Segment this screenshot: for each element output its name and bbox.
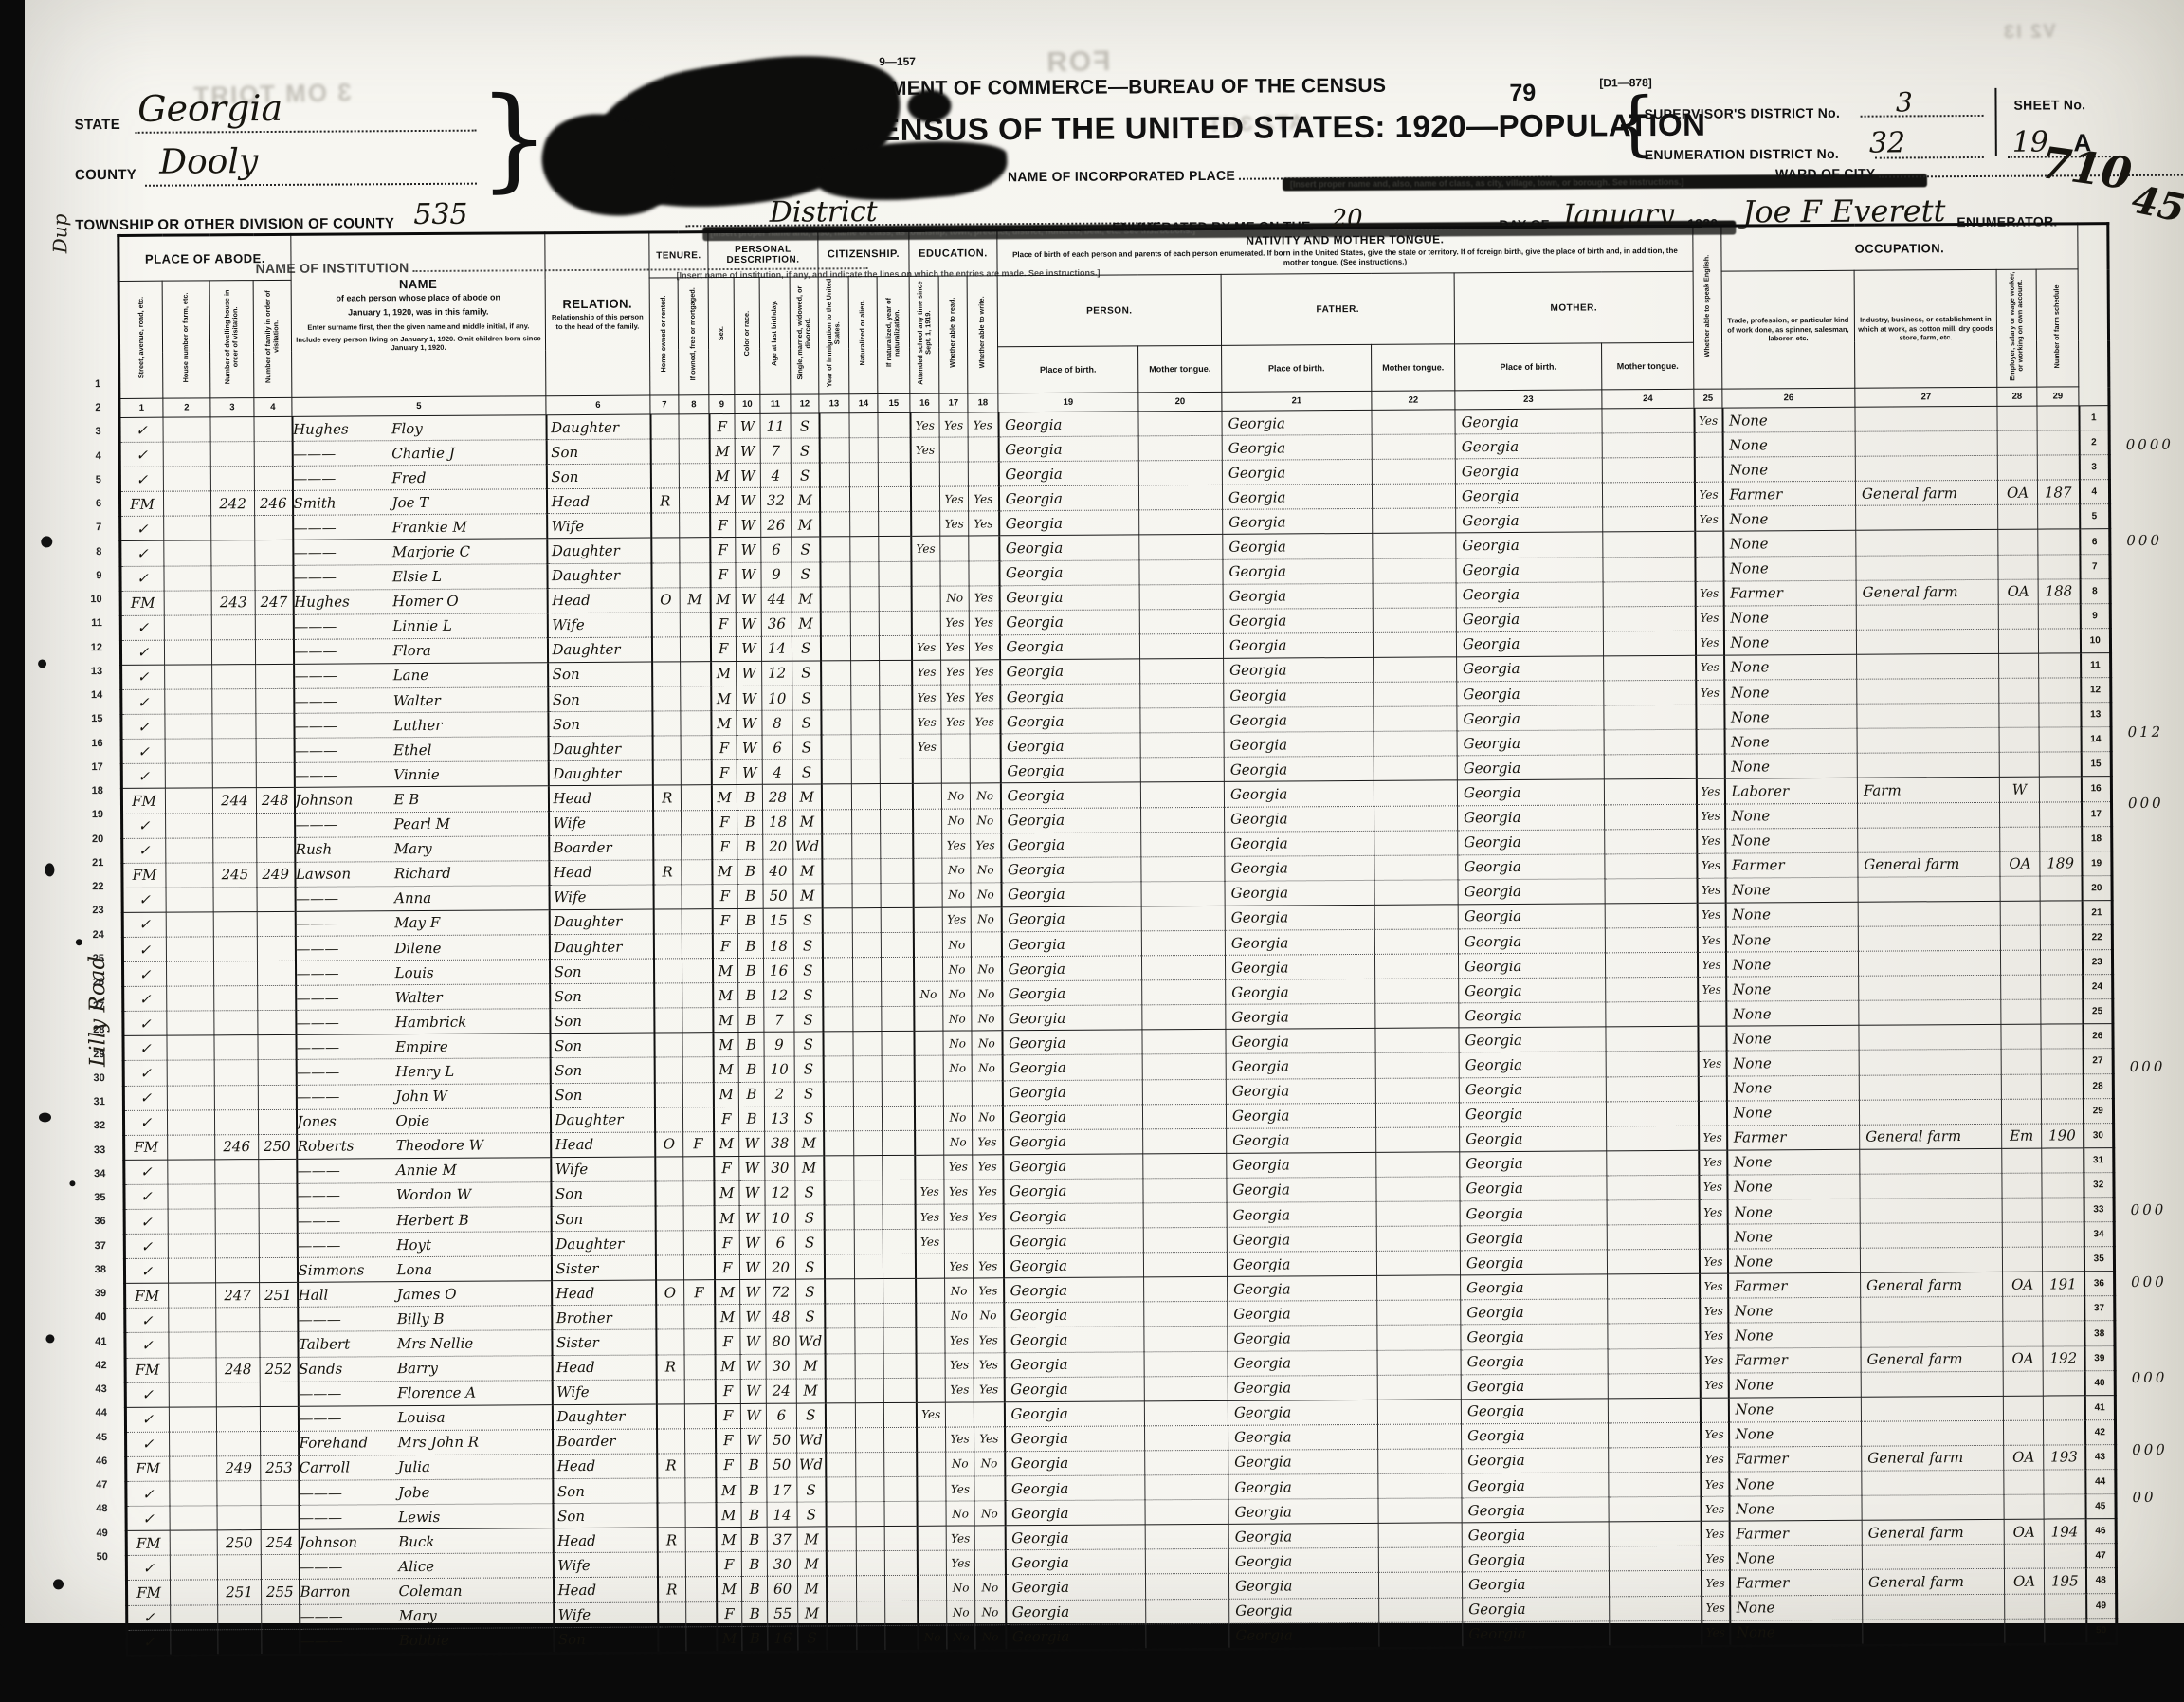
cell-birthplace: Georgia	[1001, 882, 1141, 907]
left-line-number: 45	[88, 1432, 107, 1443]
cell-mother-birthplace: Georgia	[1459, 1076, 1606, 1102]
cell-street-mark: ✓	[120, 517, 164, 541]
cell-color: B	[738, 982, 764, 1007]
cell-birthplace: Georgia	[1005, 1500, 1145, 1526]
cell-father-mother-tongue	[1372, 410, 1455, 435]
cell-speaks-english	[1700, 1398, 1728, 1422]
cell-line-number: 38	[2084, 1321, 2115, 1345]
cell-father-mother-tongue	[1375, 1052, 1459, 1078]
cell-dwelling-number	[215, 1183, 259, 1208]
cell-name: ———Herbert B	[297, 1207, 551, 1234]
hole-punch	[45, 1334, 54, 1343]
cell-father-mother-tongue	[1374, 855, 1458, 881]
left-line-number: 13	[83, 666, 102, 677]
col-owned-rented: Home owned or rented.	[649, 278, 679, 395]
cell-occupation: None	[1728, 1372, 1861, 1398]
cell-dwelling-number	[213, 961, 257, 986]
cell-immigration-year	[822, 908, 852, 933]
cell-speaks-english: Yes	[1699, 1150, 1727, 1175]
cell-occupation: None	[1725, 828, 1858, 853]
cell-mother-tongue	[1144, 1302, 1228, 1327]
cell-dwelling-number	[210, 417, 254, 442]
cell-father-birthplace: Georgia	[1226, 979, 1375, 1005]
cell-family-number: 253	[261, 1455, 299, 1480]
cell-mother-tongue	[1146, 1599, 1229, 1624]
cell-marital: S	[794, 1056, 823, 1081]
cell-mother-mother-tongue	[1603, 631, 1695, 656]
ink-speck	[69, 1180, 75, 1186]
cell-sex: F	[717, 1601, 742, 1626]
cell-owned-rented	[651, 637, 680, 662]
cell-line-number: 3	[2079, 455, 2109, 480]
cell-marital: M	[796, 1353, 825, 1378]
cell-employer-class	[2001, 1099, 2041, 1124]
left-line-number: 4	[82, 450, 101, 462]
cell-immigration-year	[825, 1304, 855, 1328]
cell-occupation: None	[1725, 926, 1858, 952]
cell-industry	[1862, 1545, 2004, 1570]
cell-color: W	[741, 1428, 767, 1453]
cell-able-to-write: Yes	[974, 1278, 1004, 1303]
cell-relation: Son	[549, 959, 653, 984]
cell-free-mortgaged	[682, 1033, 713, 1057]
left-line-number: 5	[82, 474, 101, 485]
cell-line-number: 50	[2086, 1618, 2117, 1643]
cell-father-birthplace: Georgia	[1225, 806, 1374, 832]
cell-industry: General farm	[1858, 851, 2000, 877]
cell-street-mark: ✓	[127, 1605, 171, 1630]
cell-attended-school	[911, 561, 940, 586]
cell-able-to-read: Yes	[939, 412, 968, 437]
cell-owned-rented	[654, 1033, 682, 1057]
cell-birthplace: Georgia	[999, 585, 1139, 611]
cell-occupation: None	[1728, 1323, 1861, 1348]
surname: ———	[297, 1088, 395, 1106]
column-number: 17	[939, 393, 968, 412]
cell-family-number	[260, 1332, 298, 1357]
hole-punch	[45, 863, 54, 876]
cell-birthplace: Georgia	[1004, 1327, 1144, 1352]
cell-name: TalbertMrs Nellie	[298, 1330, 552, 1357]
cell-father-mother-tongue	[1372, 459, 1455, 485]
cell-industry: General farm	[1861, 1346, 2003, 1372]
cell-street-mark: ✓	[124, 1184, 168, 1209]
cell-relation: Son	[553, 1478, 657, 1504]
cell-attended-school	[916, 1278, 945, 1303]
cell-relation: Son	[550, 1083, 654, 1108]
surname: ———	[294, 643, 392, 661]
given-name: Fred	[391, 469, 426, 486]
cell-family-number	[262, 1604, 300, 1629]
cell-speaks-english: Yes	[1697, 927, 1725, 952]
cell-able-to-read: Yes	[945, 1353, 974, 1378]
cell-birthplace: Georgia	[1002, 1005, 1142, 1031]
cell-free-mortgaged	[685, 1503, 716, 1528]
cell-relation: Son	[548, 711, 652, 737]
cell-father-mother-tongue	[1378, 1449, 1462, 1474]
cell-father-birthplace: Georgia	[1228, 1548, 1378, 1574]
cell-employer-class	[2003, 1296, 2043, 1321]
cell-free-mortgaged	[682, 909, 712, 934]
cell-farm-schedule	[2045, 1618, 2086, 1643]
left-line-number: 31	[86, 1096, 105, 1107]
left-line-number: 32	[86, 1120, 105, 1131]
cell-industry	[1856, 629, 1998, 654]
cell-father-mother-tongue	[1377, 1400, 1461, 1425]
cell-father-mother-tongue	[1373, 558, 1456, 583]
cell-naturalized	[856, 1477, 884, 1502]
cell-mother-tongue	[1143, 1128, 1227, 1154]
cell-name: ———Billy B	[298, 1306, 552, 1332]
cell-mother-birthplace: Georgia	[1458, 829, 1605, 854]
cell-naturalization-year	[885, 1625, 918, 1651]
left-line-number: 39	[87, 1288, 106, 1299]
cell-naturalization-year	[883, 1155, 915, 1180]
cell-attended-school	[917, 1427, 946, 1452]
cell-speaks-english: Yes	[1699, 1249, 1727, 1273]
cell-dwelling-number	[217, 1431, 261, 1455]
cell-birthplace: Georgia	[1003, 1253, 1143, 1278]
cell-free-mortgaged	[684, 1379, 715, 1403]
cell-line-number: 43	[2085, 1445, 2116, 1470]
ink-speck	[76, 939, 82, 945]
cell-sex: M	[711, 711, 737, 736]
cell-able-to-read: No	[943, 981, 972, 1006]
cell-able-to-read: No	[943, 1055, 972, 1080]
cell-mother-tongue	[1146, 1623, 1229, 1650]
cell-dwelling-number: 249	[217, 1456, 261, 1481]
cell-attended-school: Yes	[915, 1204, 944, 1229]
cell-birthplace: Georgia	[1002, 1030, 1142, 1055]
cell-street-mark: ✓	[124, 1209, 168, 1234]
cell-father-birthplace: Georgia	[1227, 1226, 1376, 1252]
cell-owned-rented: R	[657, 1528, 685, 1552]
cell-industry: General farm	[1862, 1520, 2004, 1546]
given-name: Barry	[397, 1360, 438, 1377]
cell-mother-birthplace: Georgia	[1459, 978, 1606, 1003]
cell-birthplace: Georgia	[1001, 956, 1141, 981]
col27-label: Industry, business, or establishment in …	[1855, 313, 1996, 344]
cell-color: W	[735, 464, 760, 488]
county-value: Dooly	[159, 142, 258, 182]
cell-marital: S	[792, 759, 821, 784]
cell-occupation: Laborer	[1724, 778, 1857, 804]
surname: ———	[297, 1063, 395, 1081]
cell-owned-rented	[657, 1503, 685, 1528]
cell-able-to-read: No	[945, 1278, 974, 1303]
cell-occupation: Farmer	[1725, 852, 1858, 878]
col-industry: Industry, business, or establishment in …	[1854, 269, 1997, 388]
cell-house-number	[170, 1481, 217, 1506]
cell-immigration-year	[821, 686, 851, 710]
cell-occupation: None	[1723, 630, 1856, 655]
cell-birthplace: Georgia	[1000, 659, 1140, 685]
surname: ———	[299, 1310, 397, 1328]
cell-age: 2	[764, 1082, 794, 1107]
cell-mother-mother-tongue	[1603, 507, 1695, 533]
cell-speaks-english: Yes	[1697, 878, 1725, 903]
margin-note: 000	[2131, 1273, 2167, 1290]
cell-house-number	[163, 491, 210, 516]
cell-attended-school	[911, 586, 940, 611]
left-line-number: 20	[84, 833, 103, 845]
cell-line-number: 20	[2082, 875, 2112, 900]
cell-mother-birthplace: Georgia	[1461, 1348, 1608, 1374]
cell-mother-mother-tongue	[1605, 853, 1697, 879]
cell-line-number: 42	[2084, 1419, 2115, 1444]
given-name: Annie M	[396, 1162, 457, 1179]
name-desc2: January 1, 1920, was in this family.	[292, 305, 545, 321]
cell-dwelling-number	[216, 1406, 260, 1431]
cell-mother-tongue	[1143, 1153, 1227, 1179]
cell-relation: Wife	[549, 885, 653, 910]
cell-industry: General farm	[1860, 1124, 2002, 1149]
cell-able-to-write	[974, 1476, 1005, 1501]
cell-name: ———Fred	[292, 465, 546, 491]
column-number: 22	[1372, 391, 1455, 411]
cell-naturalization-year	[879, 537, 911, 561]
cell-farm-schedule	[2038, 629, 2080, 653]
cell-employer-class	[2003, 1396, 2043, 1420]
given-name: Jobe	[398, 1484, 430, 1501]
cell-family-number	[257, 837, 295, 862]
cell-attended-school: Yes	[912, 734, 941, 759]
cell-mother-tongue	[1143, 1253, 1227, 1278]
cell-naturalized	[855, 1279, 883, 1304]
cell-sex: M	[711, 661, 737, 686]
cell-marital: S	[793, 908, 822, 933]
cell-mother-mother-tongue	[1604, 730, 1696, 756]
cell-sex: M	[712, 959, 737, 983]
cell-sex: M	[710, 587, 736, 612]
cell-speaks-english: Yes	[1696, 779, 1724, 804]
cell-dwelling-number	[215, 1209, 259, 1234]
cell-mother-mother-tongue	[1605, 927, 1697, 953]
cell-naturalized	[855, 1378, 883, 1402]
cell-immigration-year	[820, 561, 850, 586]
cell-mother-tongue	[1145, 1574, 1228, 1600]
cell-farm-schedule	[2041, 999, 2083, 1024]
scribble-45: 45	[2128, 177, 2184, 231]
cell-mother-tongue	[1138, 461, 1222, 486]
cell-house-number	[164, 615, 211, 640]
cell-mother-birthplace: Georgia	[1459, 1002, 1606, 1028]
cell-able-to-write: Yes	[969, 585, 999, 610]
hole-punch	[53, 1579, 64, 1589]
cell-street-mark: FM	[119, 491, 163, 516]
cell-farm-schedule	[2040, 826, 2082, 851]
cell-name: CarrollJulia	[299, 1455, 553, 1481]
group-place-of-abode: PLACE OF ABODE.	[118, 234, 291, 281]
cell-naturalization-year	[883, 1229, 915, 1254]
left-line-number: 12	[83, 642, 102, 653]
cell-naturalized	[856, 1576, 884, 1601]
cell-father-mother-tongue	[1378, 1523, 1462, 1548]
cell-able-to-read: Yes	[944, 1254, 973, 1278]
cell-house-number	[168, 1258, 215, 1283]
cell-naturalized	[853, 1081, 882, 1106]
cell-dwelling-number: 245	[213, 862, 257, 887]
cell-able-to-read: Yes	[945, 1378, 974, 1402]
cell-naturalization-year	[884, 1527, 917, 1551]
cell-owned-rented	[652, 711, 681, 736]
cell-birthplace: Georgia	[1004, 1302, 1144, 1327]
cell-able-to-write: No	[971, 883, 1001, 907]
left-line-number: 17	[84, 761, 103, 773]
cell-mother-tongue	[1140, 707, 1224, 733]
cell-able-to-read: No	[944, 1130, 973, 1155]
cell-employer-class	[2001, 975, 2041, 999]
column-number: 25	[1694, 389, 1722, 408]
cell-naturalized	[852, 858, 881, 883]
cell-owned-rented	[653, 959, 682, 983]
cell-owned-rented: R	[657, 1454, 685, 1478]
cell-mother-birthplace: Georgia	[1458, 804, 1605, 830]
left-line-number: 43	[88, 1383, 107, 1395]
cell-owned-rented	[651, 562, 680, 587]
cell-father-mother-tongue	[1379, 1621, 1463, 1648]
cell-birthplace: Georgia	[1002, 1054, 1142, 1080]
cell-relation: Wife	[553, 1552, 657, 1578]
surname: ———	[297, 964, 395, 982]
cell-occupation: Farmer	[1729, 1520, 1862, 1546]
cell-industry: General farm	[1862, 1445, 2004, 1471]
cell-birthplace: Georgia	[1005, 1574, 1145, 1600]
cell-marital: Wd	[796, 1328, 825, 1353]
cell-age: 15	[763, 908, 793, 933]
cell-immigration-year	[820, 586, 850, 611]
given-name: Louis	[395, 964, 434, 981]
cell-color: B	[741, 1577, 767, 1601]
cell-street-mark: ✓	[124, 1160, 168, 1184]
cell-color: B	[737, 810, 763, 834]
cell-street-mark: ✓	[123, 1110, 167, 1135]
cell-relation: Daughter	[549, 909, 653, 935]
cell-house-number	[169, 1382, 216, 1407]
cell-age: 10	[762, 686, 792, 710]
cell-dwelling-number: 248	[216, 1357, 260, 1382]
cell-name: ———Walter	[294, 687, 548, 714]
cell-free-mortgaged	[685, 1528, 716, 1552]
cell-relation: Son	[554, 1627, 658, 1654]
cell-occupation: None	[1725, 902, 1858, 927]
state-county-brace: }	[478, 72, 550, 203]
cell-dwelling-number	[214, 1060, 258, 1085]
cell-color: B	[737, 859, 763, 884]
left-line-number: 44	[88, 1407, 107, 1418]
cell-marital: S	[791, 413, 819, 438]
cell-owned-rented	[651, 613, 680, 637]
cell-farm-schedule	[2038, 529, 2080, 554]
cell-mother-mother-tongue	[1608, 1373, 1700, 1399]
cell-father-birthplace: Georgia	[1228, 1375, 1377, 1400]
cell-mother-tongue	[1144, 1277, 1228, 1303]
cell-house-number	[164, 591, 211, 615]
cell-family-number	[258, 985, 296, 1010]
cell-relation: Son	[553, 1503, 657, 1528]
cell-sex: F	[712, 933, 737, 958]
cell-attended-school	[917, 1526, 946, 1550]
left-line-number: 14	[83, 689, 102, 701]
surname: Forehand	[300, 1435, 398, 1453]
cell-line-number: 47	[2085, 1544, 2116, 1568]
cell-relation: Daughter	[552, 1404, 656, 1430]
cell-immigration-year	[819, 413, 849, 438]
given-name: Theodore W	[396, 1137, 484, 1155]
cell-street-mark: ✓	[122, 961, 166, 986]
cell-father-mother-tongue	[1372, 434, 1455, 460]
cell-street-mark: ✓	[119, 417, 163, 442]
cell-sex: M	[716, 1503, 741, 1528]
surname: ———	[299, 1409, 397, 1427]
cell-able-to-write: No	[975, 1624, 1006, 1650]
cell-occupation: Farmer	[1729, 1446, 1862, 1472]
cell-family-number	[258, 1109, 296, 1134]
cell-family-number	[257, 911, 295, 936]
cell-family-number	[257, 961, 295, 985]
col3-label: Number of dwelling house in order of vis…	[224, 281, 241, 393]
cell-line-number: 7	[2080, 554, 2110, 578]
cell-occupation: None	[1728, 1397, 1861, 1422]
cell-color: B	[737, 884, 763, 908]
left-line-number: 50	[89, 1551, 108, 1563]
cell-birthplace: Georgia	[1003, 1154, 1143, 1180]
cell-mother-mother-tongue	[1608, 1348, 1700, 1374]
cell-age: 30	[767, 1551, 797, 1576]
cell-farm-schedule	[2037, 406, 2079, 430]
cell-mother-birthplace: Georgia	[1463, 1620, 1610, 1647]
cell-attended-school	[916, 1328, 945, 1353]
cell-age: 26	[761, 512, 792, 537]
cell-able-to-read: No	[942, 957, 971, 981]
cell-able-to-write	[968, 437, 998, 462]
cell-father-mother-tongue	[1378, 1572, 1462, 1598]
enumeration-district-line	[1875, 156, 1984, 159]
cell-dwelling-number	[215, 1234, 259, 1258]
cell-naturalized	[850, 512, 879, 537]
cell-family-number: 255	[261, 1580, 299, 1604]
cell-marital: S	[794, 1107, 823, 1131]
cell-father-birthplace: Georgia	[1227, 1177, 1376, 1202]
cell-age: 6	[761, 538, 792, 562]
cell-name: ———Empire	[296, 1034, 550, 1060]
cell-owned-rented	[657, 1478, 685, 1503]
column-number: 16	[910, 393, 939, 412]
cell-mother-mother-tongue	[1608, 1299, 1700, 1325]
cell-sex: M	[713, 1008, 738, 1033]
cell-able-to-write: Yes	[973, 1254, 1003, 1278]
cell-relation: Daughter	[548, 736, 652, 761]
cell-relation: Son	[548, 686, 652, 712]
cell-relation: Daughter	[546, 414, 650, 440]
left-line-number: 42	[88, 1360, 107, 1371]
given-name: Lane	[393, 667, 429, 684]
cell-street-mark: ✓	[119, 442, 163, 467]
cell-immigration-year	[821, 710, 851, 735]
cell-free-mortgaged	[681, 711, 711, 736]
cell-house-number	[167, 1085, 214, 1109]
cell-house-number	[165, 739, 212, 763]
enumeration-district-label: ENUMERATION DISTRICT No.	[1645, 146, 1839, 162]
cell-occupation: None	[1724, 704, 1857, 729]
cell-street-mark: ✓	[122, 838, 166, 863]
cell-owned-rented	[652, 686, 681, 711]
cell-street-mark: FM	[120, 591, 164, 615]
cell-mother-mother-tongue	[1602, 457, 1694, 483]
surname: Smith	[293, 494, 391, 512]
cell-able-to-write	[970, 734, 1000, 759]
cell-mother-tongue	[1143, 1227, 1227, 1253]
